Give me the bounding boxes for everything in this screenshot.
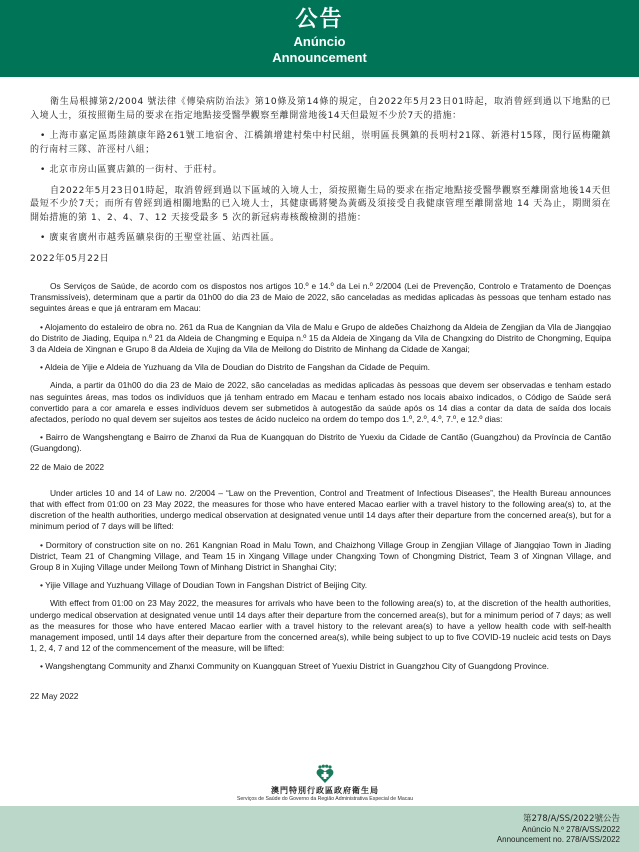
pt-intro: Os Serviços de Saúde, de acordo com os d… <box>30 281 611 315</box>
en-bullet-2: • Yijie Village and Yuzhuang Village of … <box>30 580 611 591</box>
health-bureau-logo-icon <box>315 764 335 784</box>
zh-bullet-2: • 北京市房山區竇店鎮的一街村、于莊村。 <box>30 164 611 178</box>
en-date: 22 May 2022 <box>30 691 611 702</box>
pt-bullet-3: • Bairro de Wangshengtang e Bairro de Zh… <box>30 432 611 454</box>
en-intro: Under articles 10 and 14 of Law no. 2/20… <box>30 488 611 533</box>
section-chinese: 衛生局根據第2/2004 號法律《傳染病防治法》第10條及第14條的規定，自20… <box>30 96 611 266</box>
title-en: Announcement <box>0 50 639 66</box>
announcement-reference: 第278/A/SS/2022號公告 Anúncio N.º 278/A/SS/2… <box>497 813 620 845</box>
zh-date: 2022年05月22日 <box>30 253 611 267</box>
reference-en: Announcement no. 278/A/SS/2022 <box>497 835 620 845</box>
title-zh: 公告 <box>0 0 639 32</box>
health-bureau-logo: 澳門特別行政區政府衛生局 Serviços de Saúde do Govern… <box>200 764 450 803</box>
en-bullet-3: • Wangshengtang Community and Zhanxi Com… <box>30 661 611 672</box>
announcement-body: 衛生局根據第2/2004 號法律《傳染病防治法》第10條及第14條的規定，自20… <box>30 96 611 717</box>
pt-bullet-1: • Alojamento do estaleiro de obra no. 26… <box>30 322 611 356</box>
org-name-zh: 澳門特別行政區政府衛生局 <box>200 786 450 796</box>
reference-pt: Anúncio N.º 278/A/SS/2022 <box>497 825 620 835</box>
reference-zh: 第278/A/SS/2022號公告 <box>497 813 620 825</box>
en-para-2: With effect from 01:00 on 23 May 2022, t… <box>30 598 611 654</box>
zh-bullet-3: • 廣東省廣州市越秀區礦泉街的王聖堂社區、站西社區。 <box>30 232 611 246</box>
pt-bullet-2: • Aldeia de Yijie e Aldeia de Yuzhuang d… <box>30 362 611 373</box>
zh-bullet-1: • 上海市嘉定區馬陸鎮康年路261號工地宿舍、江橋鎮增建村柴中村民組，崇明區長興… <box>30 130 611 157</box>
zh-intro: 衛生局根據第2/2004 號法律《傳染病防治法》第10條及第14條的規定，自20… <box>30 96 611 123</box>
pt-para-2: Ainda, a partir da 01h00 do dia 23 de Ma… <box>30 380 611 425</box>
pt-date: 22 de Maio de 2022 <box>30 462 611 473</box>
section-english: Under articles 10 and 14 of Law no. 2/20… <box>30 488 611 702</box>
section-portuguese: Os Serviços de Saúde, de acordo com os d… <box>30 281 611 473</box>
org-name-pt: Serviços de Saúde do Governo da Região A… <box>200 796 450 803</box>
title-pt: Anúncio <box>0 34 639 50</box>
zh-para-2: 自2022年5月23日01時起，取消曾經到過以下區域的入境人士，須按照衛生局的要… <box>30 185 611 226</box>
en-bullet-1: • Dormitory of construction site on no. … <box>30 540 611 574</box>
announcement-header: 公告 Anúncio Announcement <box>0 0 639 77</box>
